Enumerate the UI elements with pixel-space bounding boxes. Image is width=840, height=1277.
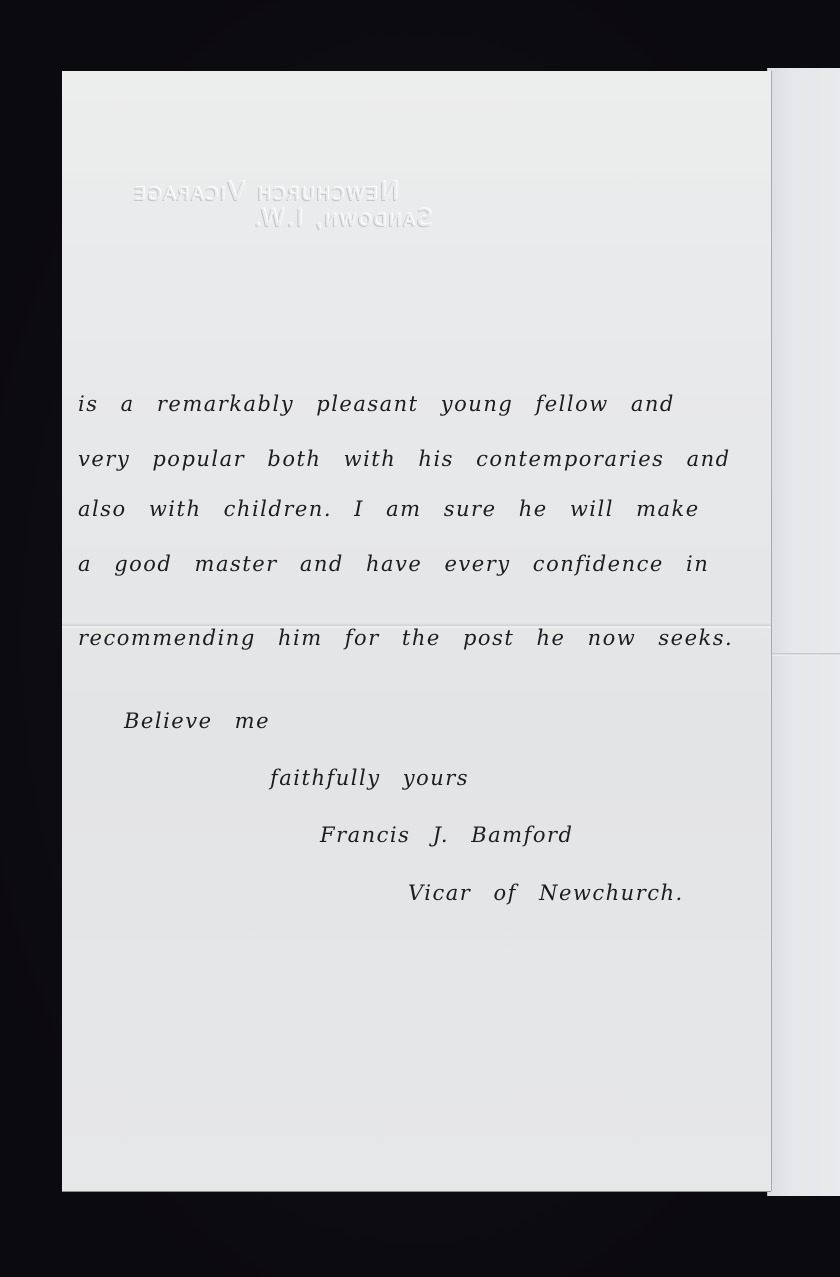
closing-salutation: Believe me: [124, 709, 270, 733]
signatory-title: Vicar of Newchurch.: [408, 881, 684, 905]
embossed-letterhead: Newchurch Vicarage Sandown, I.W.: [132, 179, 452, 231]
letterhead-line-1: Newchurch Vicarage: [132, 179, 452, 206]
signature: Francis J. Bamford: [320, 823, 574, 847]
letter-page: Newchurch Vicarage Sandown, I.W. is a re…: [62, 71, 771, 1191]
second-sheet: [768, 68, 840, 1196]
closing-valediction: faithfully yours: [270, 766, 469, 790]
body-line-5: recommending him for the post he now see…: [78, 626, 733, 650]
fold-crease: [768, 653, 840, 656]
body-line-1: is a remarkably pleasant young fellow an…: [78, 392, 675, 416]
body-line-2: very popular both with his contemporarie…: [78, 447, 731, 471]
body-line-3: also with children. I am sure he will ma…: [78, 497, 700, 521]
letterhead-line-2: Sandown, I.W.: [132, 206, 452, 231]
body-line-4: a good master and have every confidence …: [78, 552, 709, 576]
